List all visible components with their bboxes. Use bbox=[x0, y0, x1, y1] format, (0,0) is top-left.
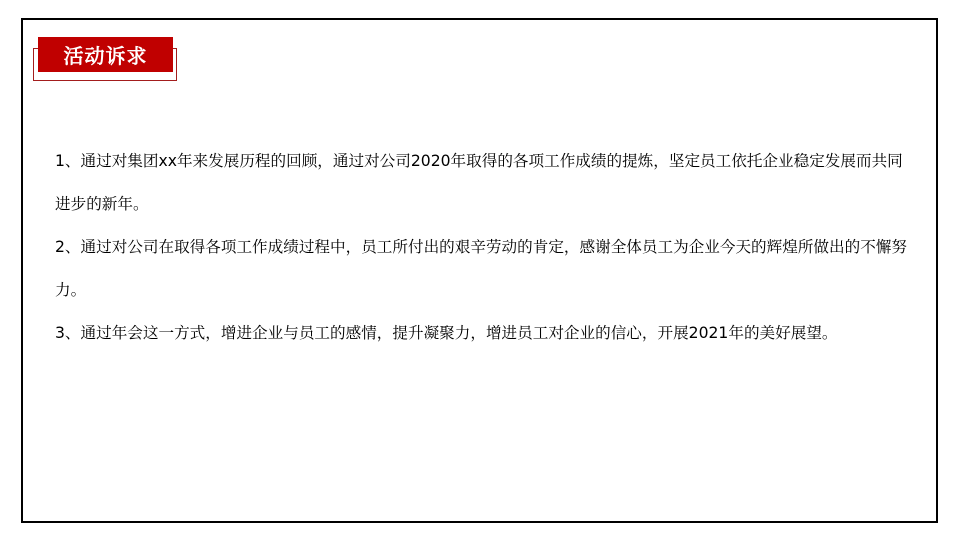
content-body: 1、通过对集团xx年来发展历程的回顾，通过对公司2020年取得的各项工作成绩的提… bbox=[55, 140, 915, 355]
paragraph-1: 1、通过对集团xx年来发展历程的回顾，通过对公司2020年取得的各项工作成绩的提… bbox=[55, 140, 915, 226]
slide-title: 活动诉求 bbox=[64, 40, 148, 69]
paragraph-3: 3、通过年会这一方式，增进企业与员工的感情，提升凝聚力，增进员工对企业的信心，开… bbox=[55, 312, 915, 355]
paragraph-2: 2、通过对公司在取得各项工作成绩过程中，员工所付出的艰辛劳动的肯定，感谢全体员工… bbox=[55, 226, 915, 312]
slide-title-badge: 活动诉求 bbox=[38, 37, 173, 72]
